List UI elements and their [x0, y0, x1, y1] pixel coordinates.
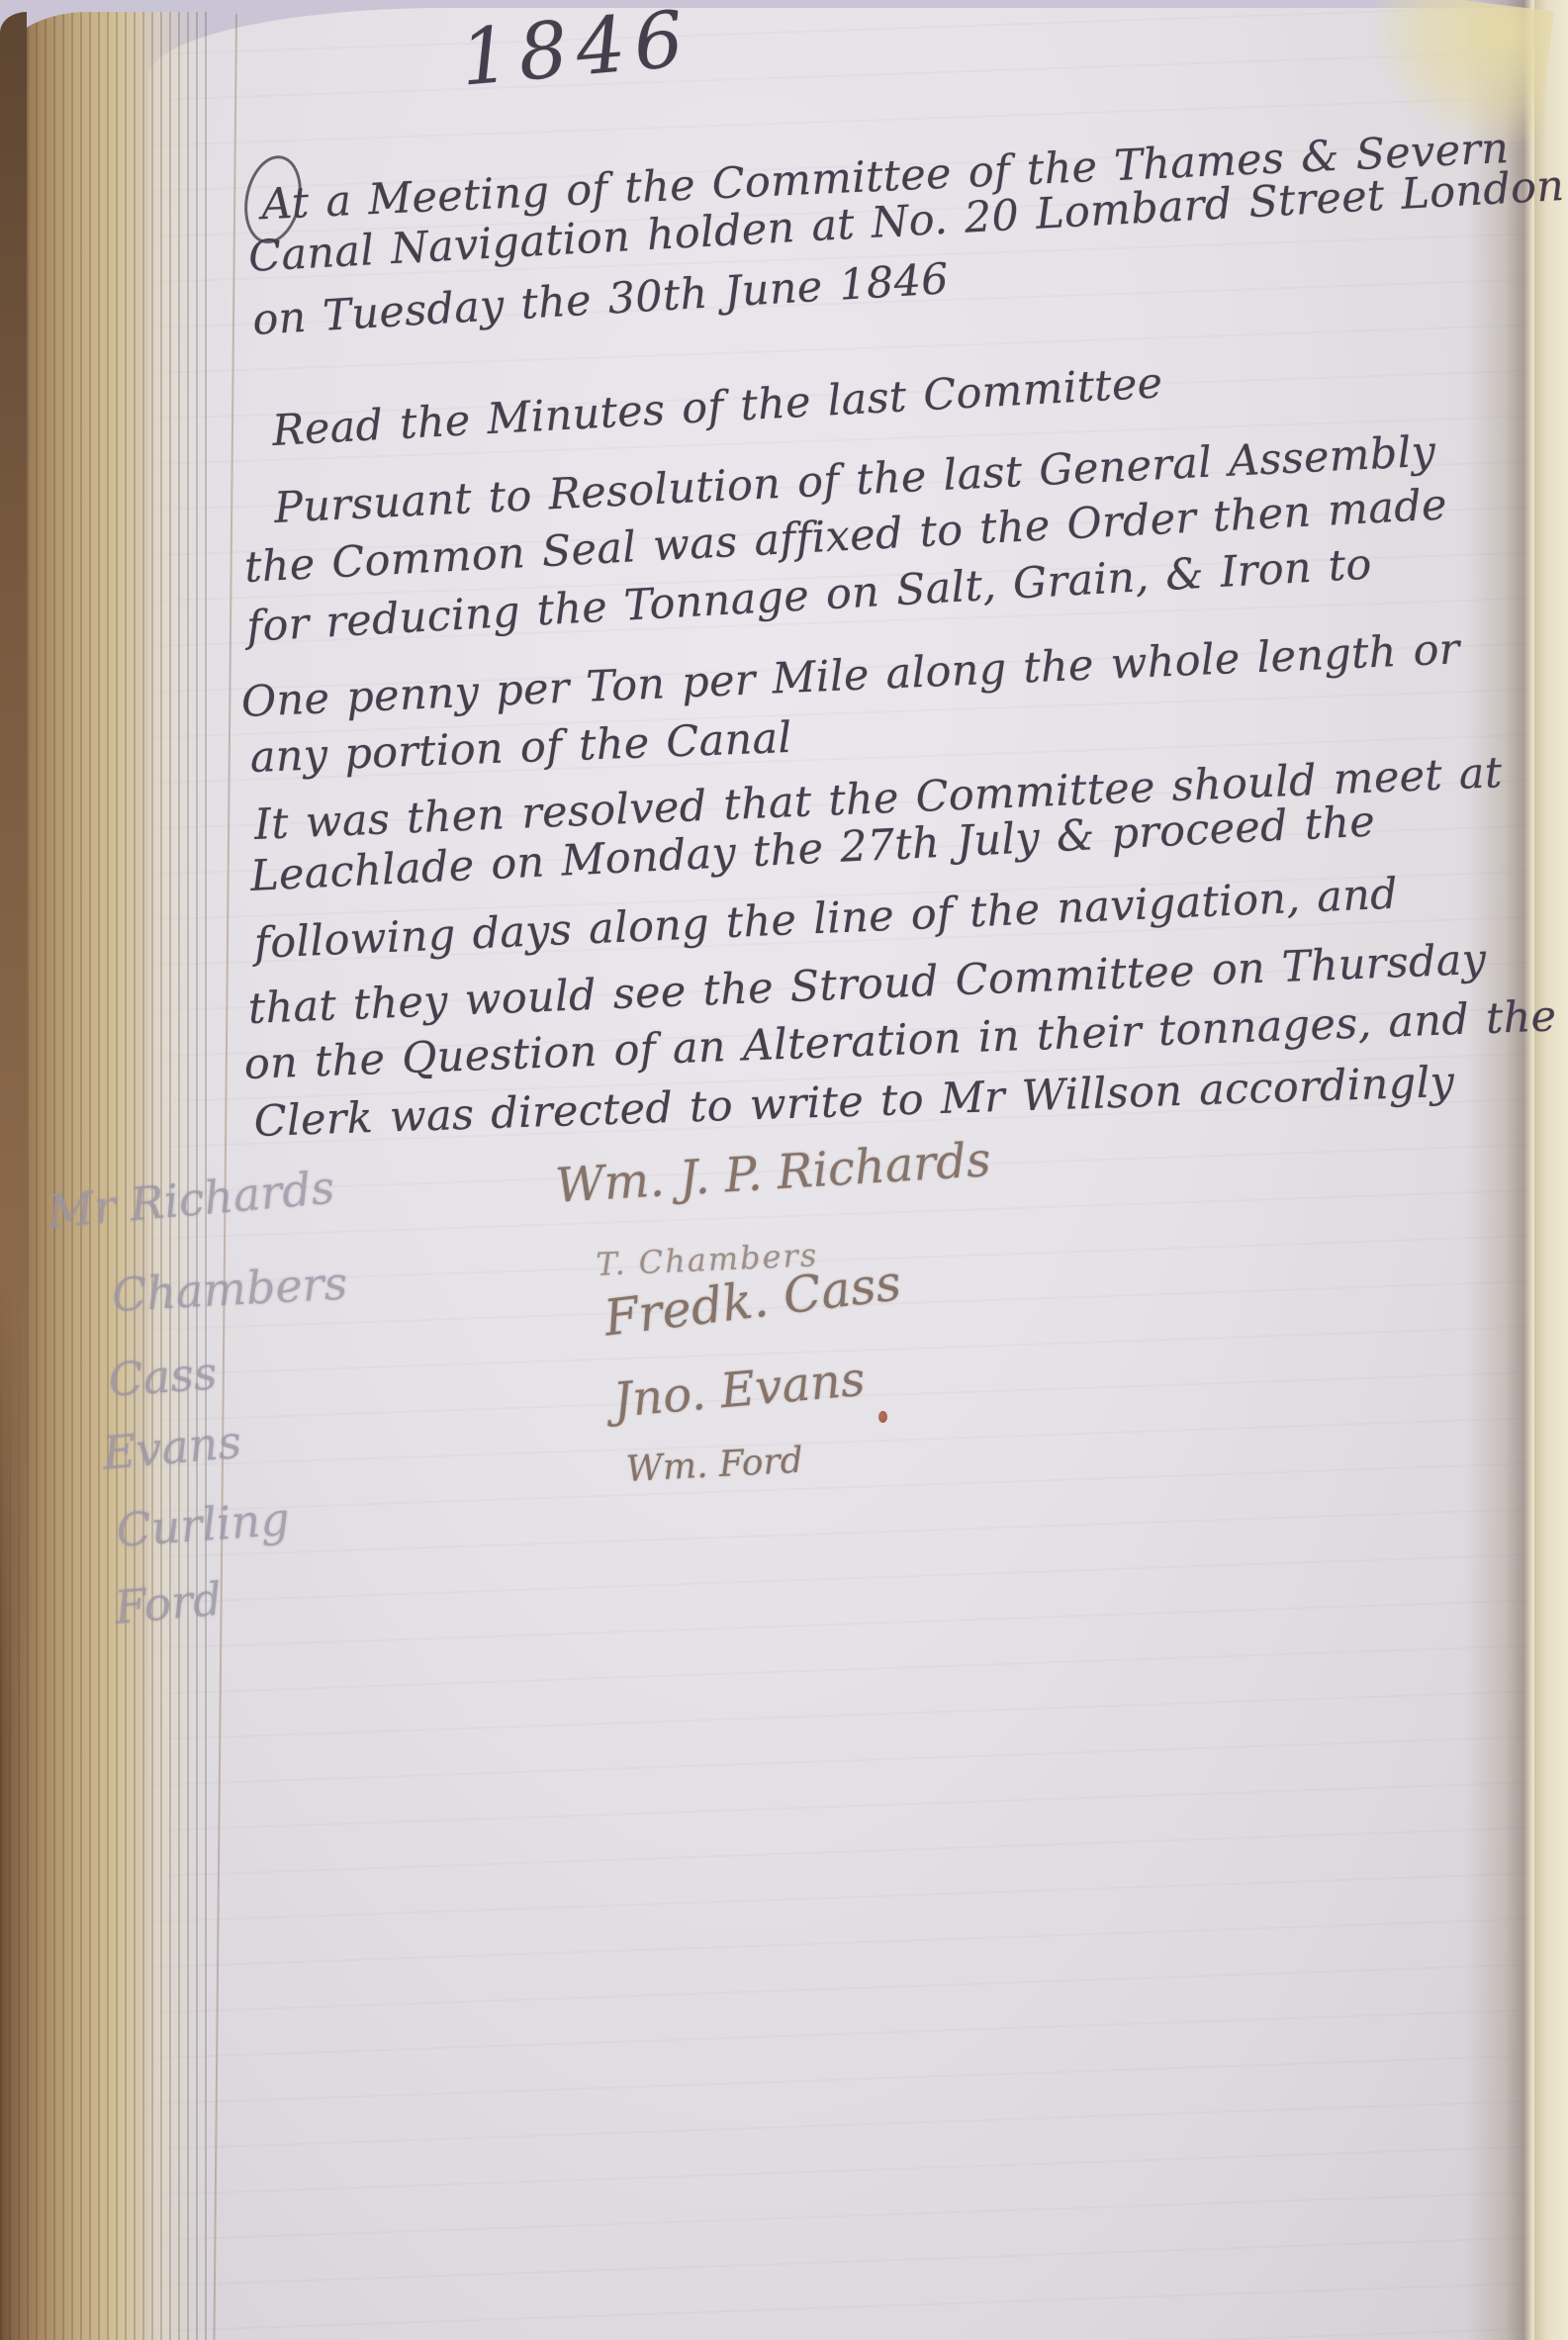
margin-attendee-name: Curling	[115, 1496, 291, 1553]
book-spine-edge	[0, 12, 27, 1743]
margin-attendee-name: Cass	[107, 1350, 219, 1403]
margin-attendee-name: Evans	[101, 1419, 243, 1476]
margin-attendee-name: Ford	[113, 1576, 224, 1631]
page-right-curl-shadow	[1465, 0, 1542, 2340]
next-page-edge	[1534, 0, 1568, 2340]
ink-stain-speck	[878, 1411, 887, 1423]
signature: Wm. Ford	[625, 1444, 804, 1488]
margin-attendee-name: Chambers	[111, 1261, 348, 1318]
manuscript-page-scan: 1846 At a Meeting of the Committee of th…	[0, 0, 1568, 2340]
